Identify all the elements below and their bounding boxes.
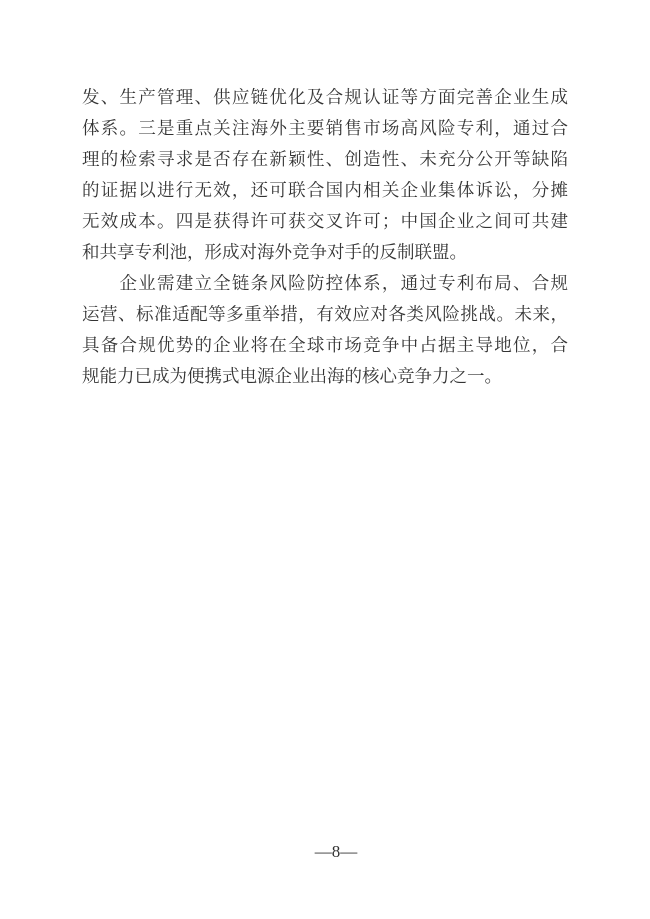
text-line: 规能力已成为便携式电源企业出海的核心竞争力之一。: [82, 361, 568, 392]
text-line: 发、生产管理、供应链优化及合规认证等方面完善企业生成: [82, 82, 568, 113]
paragraph: 企业需建立全链条风险防控体系，通过专利布局、合规运营、标准适配等多重举措，有效应…: [82, 268, 568, 392]
text-line: 和共享专利池，形成对海外竞争对手的反制联盟。: [82, 237, 568, 268]
text-line: 具备合规优势的企业将在全球市场竞争中占据主导地位，合: [82, 330, 568, 361]
document-page: 发、生产管理、供应链优化及合规认证等方面完善企业生成体系。三是重点关注海外主要销…: [0, 0, 650, 919]
text-line: 运营、标准适配等多重举措，有效应对各类风险挑战。未来，: [82, 299, 568, 330]
text-line: 企业需建立全链条风险防控体系，通过专利布局、合规: [82, 268, 568, 299]
page-footer: —8—: [11, 841, 650, 863]
text-line: 无效成本。四是获得许可获交叉许可；中国企业之间可共建: [82, 206, 568, 237]
page-number: —8—: [315, 842, 358, 861]
document-body: 发、生产管理、供应链优化及合规认证等方面完善企业生成体系。三是重点关注海外主要销…: [82, 82, 568, 392]
text-line: 体系。三是重点关注海外主要销售市场高风险专利，通过合: [82, 113, 568, 144]
text-line: 的证据以进行无效，还可联合国内相关企业集体诉讼，分摊: [82, 175, 568, 206]
paragraph: 发、生产管理、供应链优化及合规认证等方面完善企业生成体系。三是重点关注海外主要销…: [82, 82, 568, 268]
text-line: 理的检索寻求是否存在新颖性、创造性、未充分公开等缺陷: [82, 144, 568, 175]
